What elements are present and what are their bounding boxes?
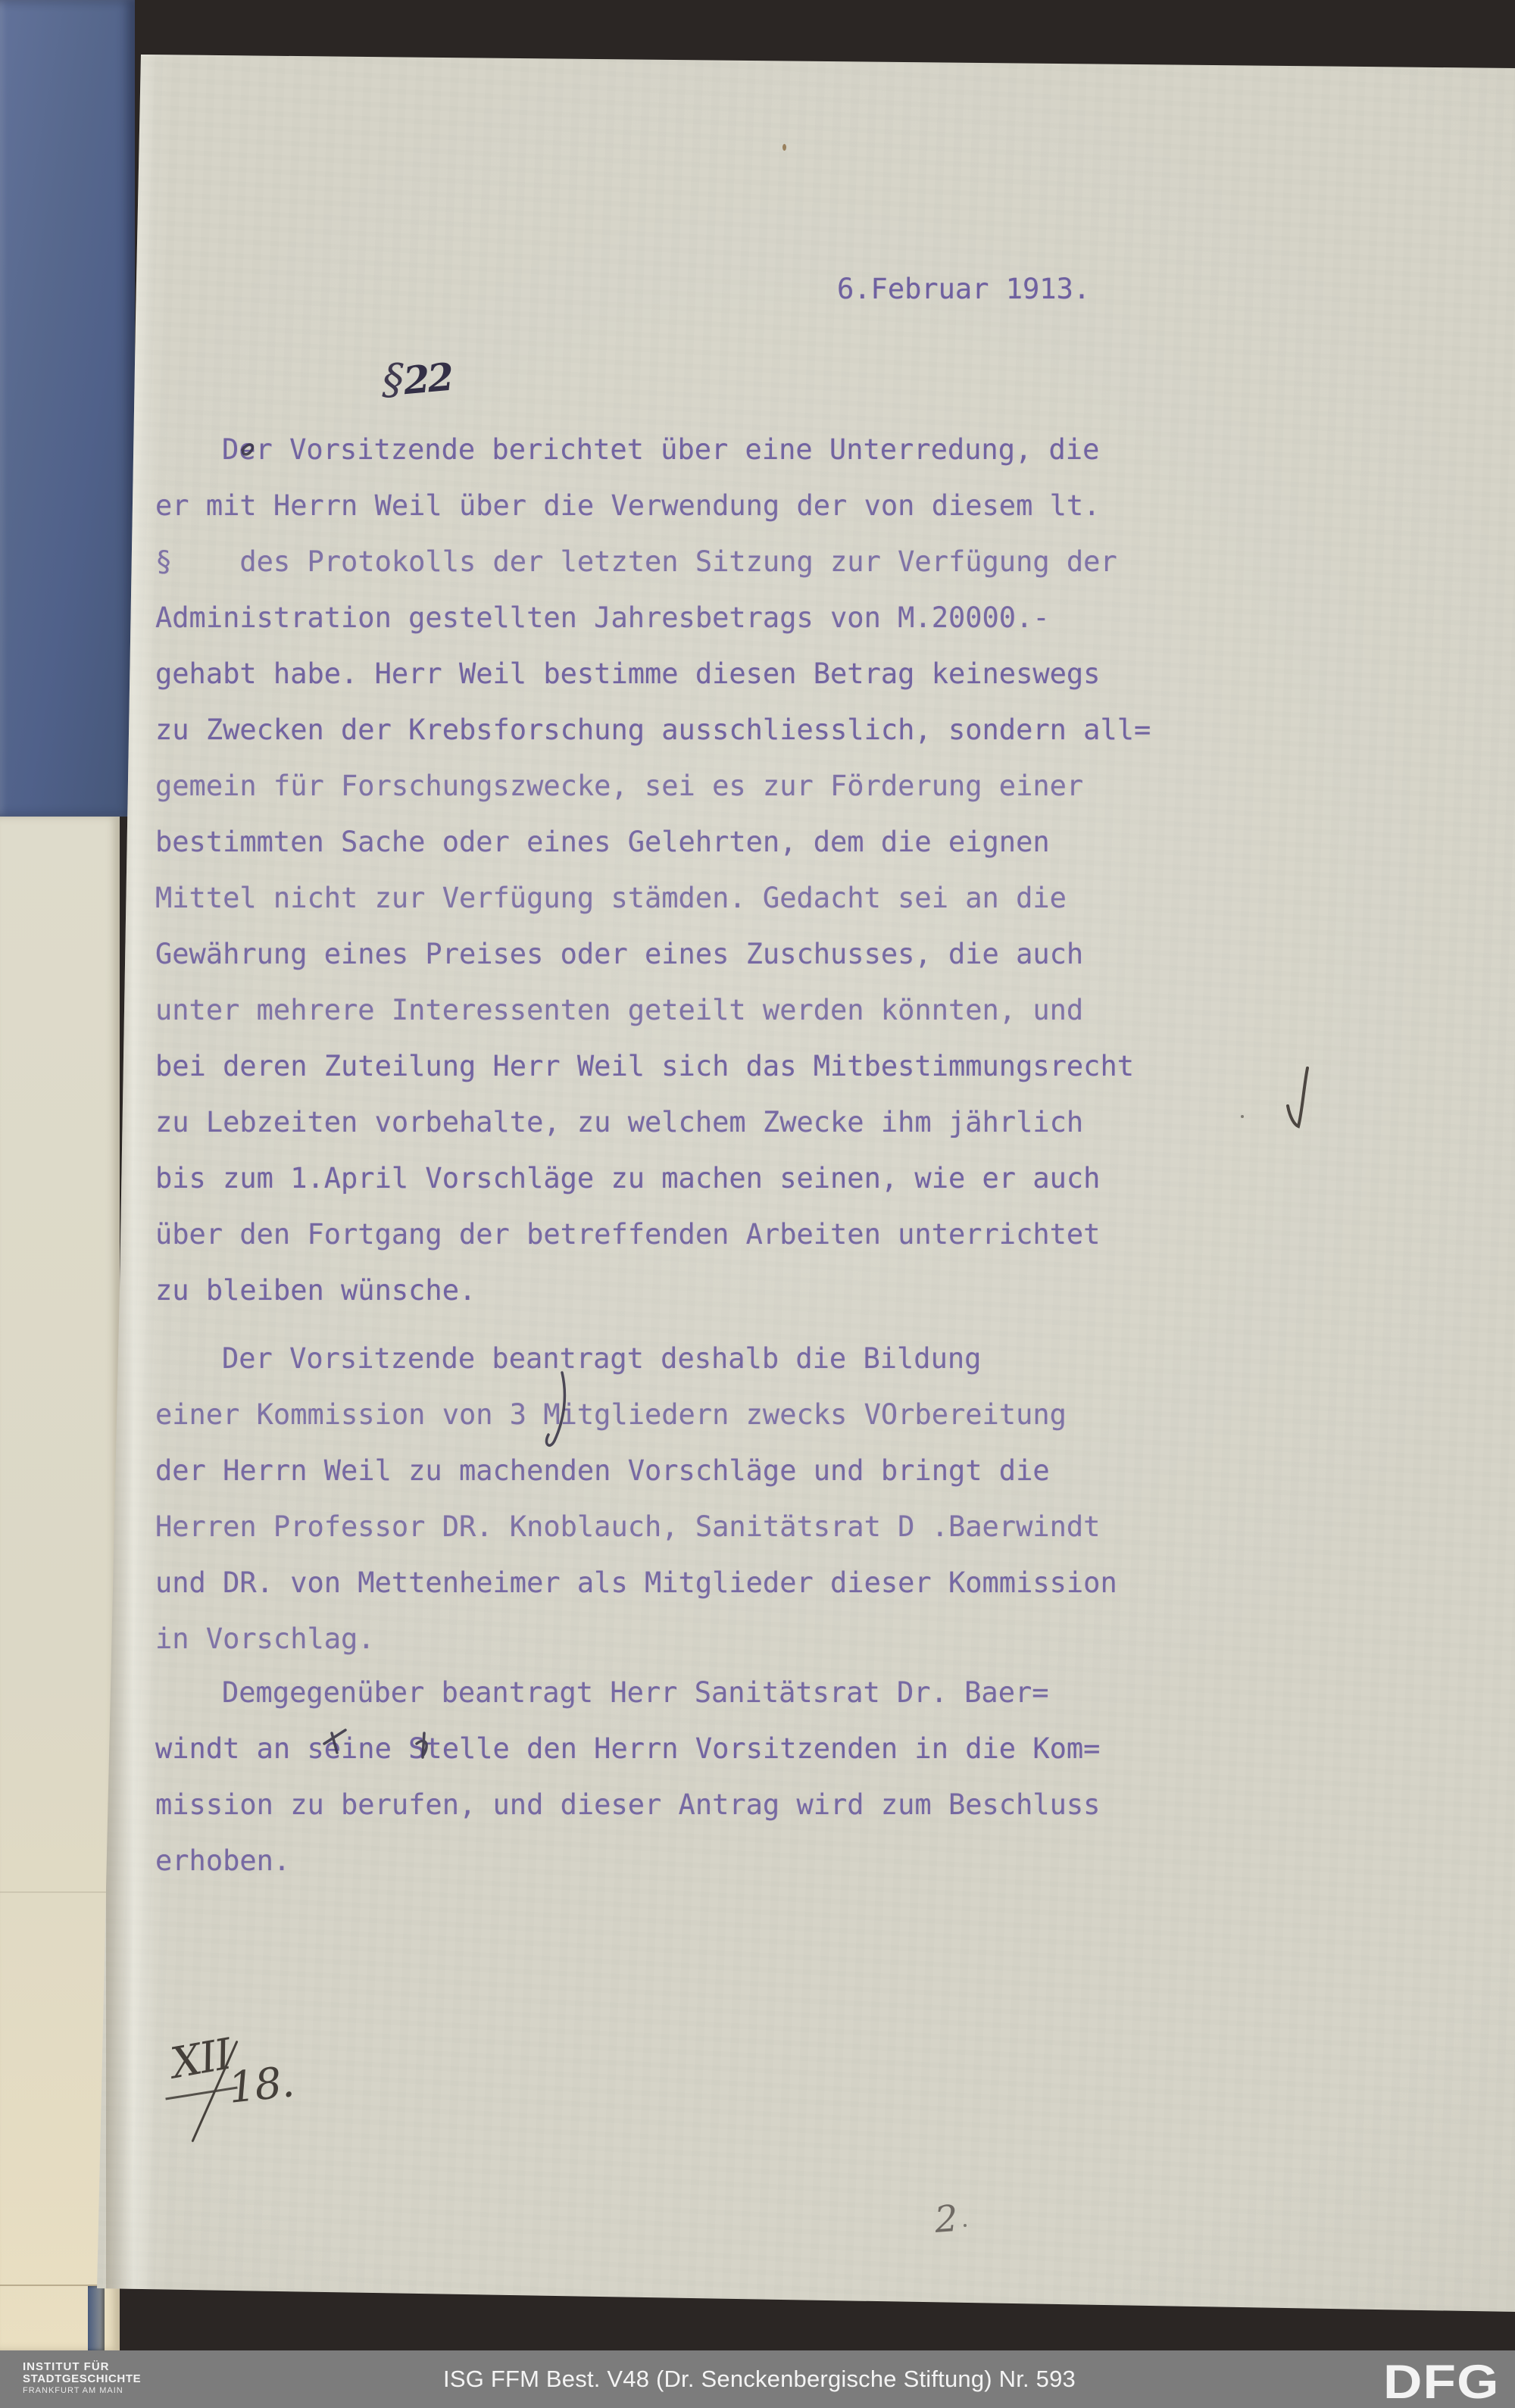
paper-speck <box>964 2224 967 2227</box>
body-line: Der Vorsitzende berichtet über eine Unte… <box>222 436 1099 464</box>
section-heading: §22 <box>382 354 453 406</box>
dfg-logo: DFG <box>1383 2355 1500 2408</box>
ink-correction-marks <box>242 445 564 1757</box>
body-line: Mittel nicht zur Verfügung stämden. Geda… <box>155 884 1067 912</box>
body-line: Herren Professor DR. Knoblauch, Sanitäts… <box>155 1513 1100 1541</box>
checkmark-icon <box>1288 1068 1307 1126</box>
paper-speck <box>1241 1115 1244 1118</box>
book-cover-edge <box>0 0 135 817</box>
body-line: in Vorschlag. <box>155 1625 375 1653</box>
handwriting-marks-layer <box>0 0 1515 2408</box>
institute-logo-line2: STADTGESCHICHTE <box>23 2373 141 2385</box>
pencil-page-number: 2 <box>933 2197 959 2241</box>
document-scan-page: 6.Februar 1913. §22 Der Vorsitzende beri… <box>0 0 1515 2408</box>
body-line: einer Kommission von 3 Mitgliedern zweck… <box>155 1401 1067 1429</box>
body-line: zu Zwecken der Krebsforschung ausschlies… <box>155 716 1151 744</box>
body-line: gemein für Forschungszwecke, sei es zur … <box>155 772 1083 800</box>
page-edge-line <box>0 1891 118 1893</box>
body-line: Gewährung eines Preises oder eines Zusch… <box>155 940 1083 968</box>
folio-note: XII18. <box>171 2035 295 2084</box>
body-line: mission zu berufen, und dieser Antrag wi… <box>155 1791 1100 1819</box>
folio-cross-stroke <box>165 2087 237 2100</box>
archive-reference-caption: ISG FFM Best. V48 (Dr. Senckenbergische … <box>443 2366 1076 2393</box>
body-line: bei deren Zuteilung Herr Weil sich das M… <box>155 1052 1134 1080</box>
body-line: und DR. von Mettenheimer als Mitglieder … <box>155 1569 1117 1597</box>
body-line: über den Fortgang der betreffenden Arbei… <box>155 1220 1100 1248</box>
body-line: der Herrn Weil zu machenden Vorschläge u… <box>155 1457 1050 1485</box>
body-line: windt an seine Stelle den Herrn Vorsitze… <box>155 1735 1100 1763</box>
body-line: bis zum 1.April Vorschläge zu machen sei… <box>155 1164 1100 1192</box>
folio-slash-stroke <box>191 2041 238 2143</box>
body-line: gehabt habe. Herr Weil bestimme diesen B… <box>155 660 1100 688</box>
paper-stain <box>782 144 786 151</box>
page-top-edge <box>129 53 1515 57</box>
caption-bar: INSTITUT FÜR STADTGESCHICHTE FRANKFURT A… <box>0 2350 1515 2408</box>
institute-logo: INSTITUT FÜR STADTGESCHICHTE FRANKFURT A… <box>23 2361 141 2396</box>
body-line: er mit Herrn Weil über die Verwendung de… <box>155 492 1100 520</box>
body-line: § des Protokolls der letzten Sitzung zur… <box>155 548 1117 576</box>
book-cover-corner <box>88 2286 105 2350</box>
date-line: 6.Februar 1913. <box>837 273 1090 305</box>
institute-logo-line1: INSTITUT FÜR <box>23 2361 141 2373</box>
body-line: zu Lebzeiten vorbehalte, zu welchem Zwec… <box>155 1108 1083 1136</box>
body-line: zu bleiben wünsche. <box>155 1276 476 1304</box>
folio-roman: XII <box>167 2030 234 2089</box>
body-line: bestimmten Sache oder eines Gelehrten, d… <box>155 828 1050 856</box>
archival-scan-viewer: 6.Februar 1913. §22 Der Vorsitzende beri… <box>0 0 1515 2408</box>
paragraph-sign: § <box>382 354 405 404</box>
body-line: Demgegenüber beantragt Herr Sanitätsrat … <box>222 1679 1049 1707</box>
body-line: Administration gestellten Jahresbetrags … <box>155 604 1050 632</box>
institute-logo-line3: FRANKFURT AM MAIN <box>23 2385 141 2396</box>
body-line: Der Vorsitzende beantragt deshalb die Bi… <box>222 1345 981 1373</box>
section-number: 22 <box>401 354 453 403</box>
body-line: unter mehrere Interessenten geteilt werd… <box>155 996 1083 1024</box>
body-line: erhoben. <box>155 1847 290 1875</box>
folio-number: 18. <box>226 2057 296 2113</box>
